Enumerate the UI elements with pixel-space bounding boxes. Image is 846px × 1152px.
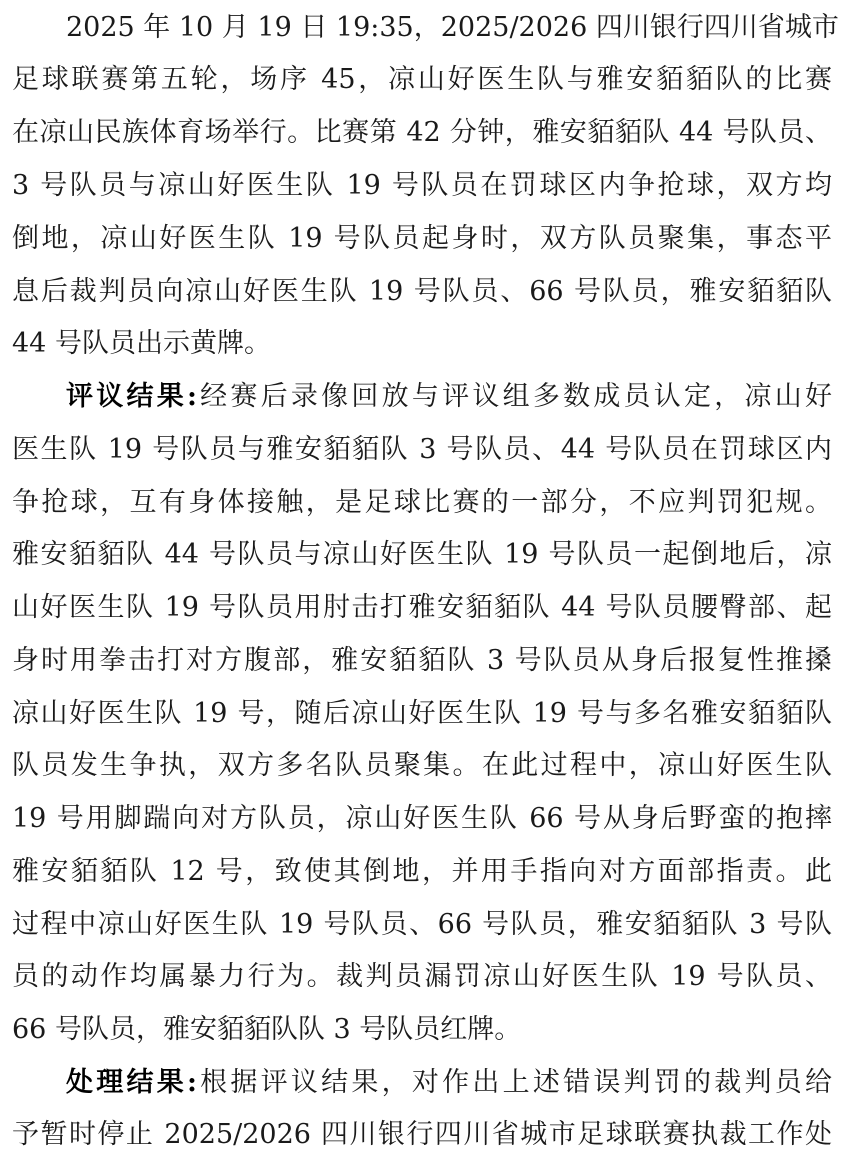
text-line: 雅安貊貊队 44 号队员与凉山好医生队 19 号队员一起倒地后，凉 — [12, 533, 832, 577]
text-line: 争抢球，互有身体接触，是足球比赛的一部分，不应判罚犯规。 — [12, 481, 832, 525]
text-line: 倒地，凉山好医生队 19 号队员起身时，双方队员聚集，事态平 — [12, 217, 832, 261]
text-line: 队员发生争执，双方多名队员聚集。在此过程中，凉山好医生队 — [12, 744, 832, 788]
text-line: 44 号队员出示黄牌。 — [12, 322, 271, 366]
text-span: 根据评议结果，对作出上述错误判罚的裁判员给 — [197, 1067, 832, 1098]
section-heading-handling-result: 处理结果: — [66, 1067, 197, 1098]
text-line: 66 号队员，雅安貊貊队队 3 号队员红牌。 — [12, 1008, 521, 1052]
section-heading-review-result: 评议结果: — [66, 381, 197, 412]
text-line: 处理结果:根据评议结果，对作出上述错误判罚的裁判员给 — [66, 1061, 832, 1105]
text-line: 足球联赛第五轮，场序 45，凉山好医生队与雅安貊貊队的比赛 — [12, 58, 832, 102]
text-line: 员的动作均属暴力行为。裁判员漏罚凉山好医生队 19 号队员、 — [12, 955, 832, 999]
text-line: 在凉山民族体育场举行。比赛第 42 分钟，雅安貊貊队 44 号队员、 — [12, 111, 832, 155]
text-line: 山好医生队 19 号队员用肘击打雅安貊貊队 44 号队员腰臀部、起 — [12, 586, 832, 630]
text-line: 凉山好医生队 19 号，随后凉山好医生队 19 号与多名雅安貊貊队 — [12, 692, 832, 736]
text-line: 19 号用脚踹向对方队员，凉山好医生队 66 号从身后野蛮的抱摔 — [12, 797, 832, 841]
document-page: 2025 年 10 月 19 日 19:35，2025/2026 四川银行四川省… — [0, 0, 846, 1152]
text-line: 评议结果:经赛后录像回放与评议组多数成员认定，凉山好 — [66, 375, 832, 419]
text-line: 医生队 19 号队员与雅安貊貊队 3 号队员、44 号队员在罚球区内 — [12, 428, 832, 472]
text-line: 3 号队员与凉山好医生队 19 号队员在罚球区内争抢球，双方均 — [12, 164, 832, 208]
text-line: 息后裁判员向凉山好医生队 19 号队员、66 号队员，雅安貊貊队 — [12, 270, 832, 314]
text-line: 予暂时停止 2025/2026 四川银行四川省城市足球联赛执裁工作处 — [12, 1113, 832, 1152]
text-line: 过程中凉山好医生队 19 号队员、66 号队员，雅安貊貊队 3 号队 — [12, 903, 832, 947]
text-span: 经赛后录像回放与评议组多数成员认定，凉山好 — [197, 381, 832, 412]
text-line: 2025 年 10 月 19 日 19:35，2025/2026 四川银行四川省… — [66, 6, 832, 50]
text-line: 雅安貊貊队 12 号，致使其倒地，并用手指向对方面部指责。此 — [12, 850, 832, 894]
text-line: 身时用拳击打对方腹部，雅安貊貊队 3 号队员从身后报复性推搡 — [12, 639, 832, 683]
